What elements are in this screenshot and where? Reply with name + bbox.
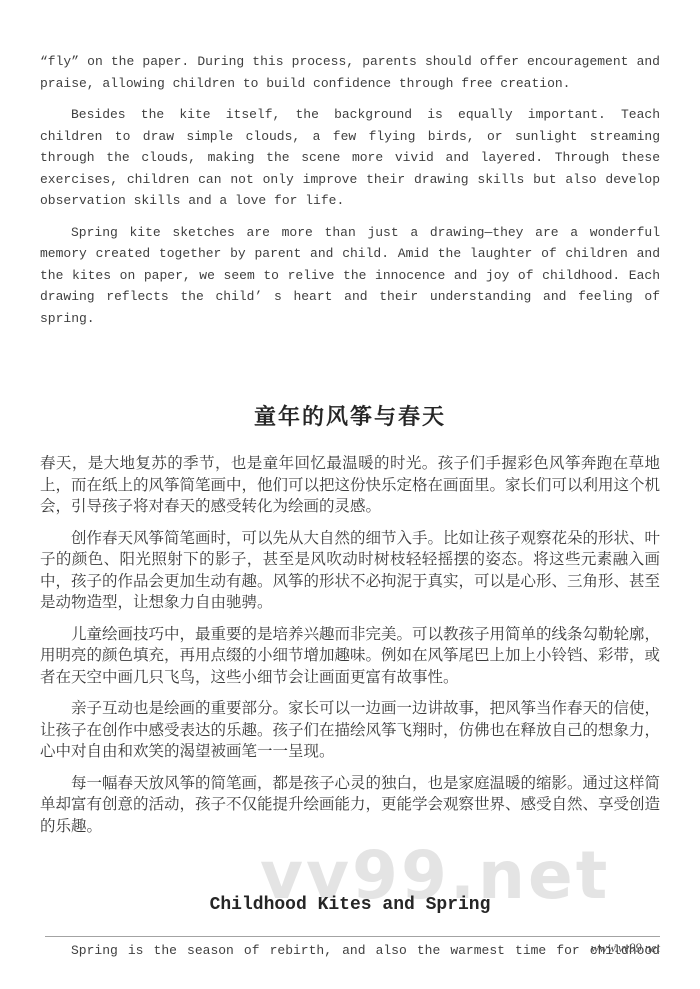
page-content: “fly” on the paper. During this process,…: [0, 0, 700, 962]
english-paragraph-continuation: “fly” on the paper. During this process,…: [40, 51, 660, 94]
document-page: vv99.net “fly” on the paper. During this…: [0, 0, 700, 989]
footer-site-url: www.vv99.net: [591, 941, 660, 956]
english-paragraph-memory: Spring kite sketches are more than just …: [40, 222, 660, 330]
chinese-article-title: 童年的风筝与春天: [40, 403, 660, 433]
english-article-title: Childhood Kites and Spring: [40, 892, 660, 918]
footer-divider: [45, 936, 660, 937]
chinese-paragraph-1: 春天，是大地复苏的季节，也是童年回忆最温暖的时光。孩子们手握彩色风筝奔跑在草地上…: [40, 453, 660, 518]
chinese-paragraph-5: 每一幅春天放风筝的简笔画，都是孩子心灵的独白，也是家庭温暖的缩影。通过这样简单却…: [40, 773, 660, 838]
chinese-paragraph-4: 亲子互动也是绘画的重要部分。家长可以一边画一边讲故事，把风筝当作春天的信使，让孩…: [40, 698, 660, 763]
english-paragraph-background: Besides the kite itself, the background …: [40, 104, 660, 212]
chinese-paragraph-3: 儿童绘画技巧中，最重要的是培养兴趣而非完美。可以教孩子用简单的线条勾勒轮廓，用明…: [40, 624, 660, 689]
english-paragraph-bottom-first-line: Spring is the season of rebirth, and als…: [40, 940, 660, 962]
chinese-paragraph-2: 创作春天风筝简笔画时，可以先从大自然的细节入手。比如让孩子观察花朵的形状、叶子的…: [40, 528, 660, 614]
